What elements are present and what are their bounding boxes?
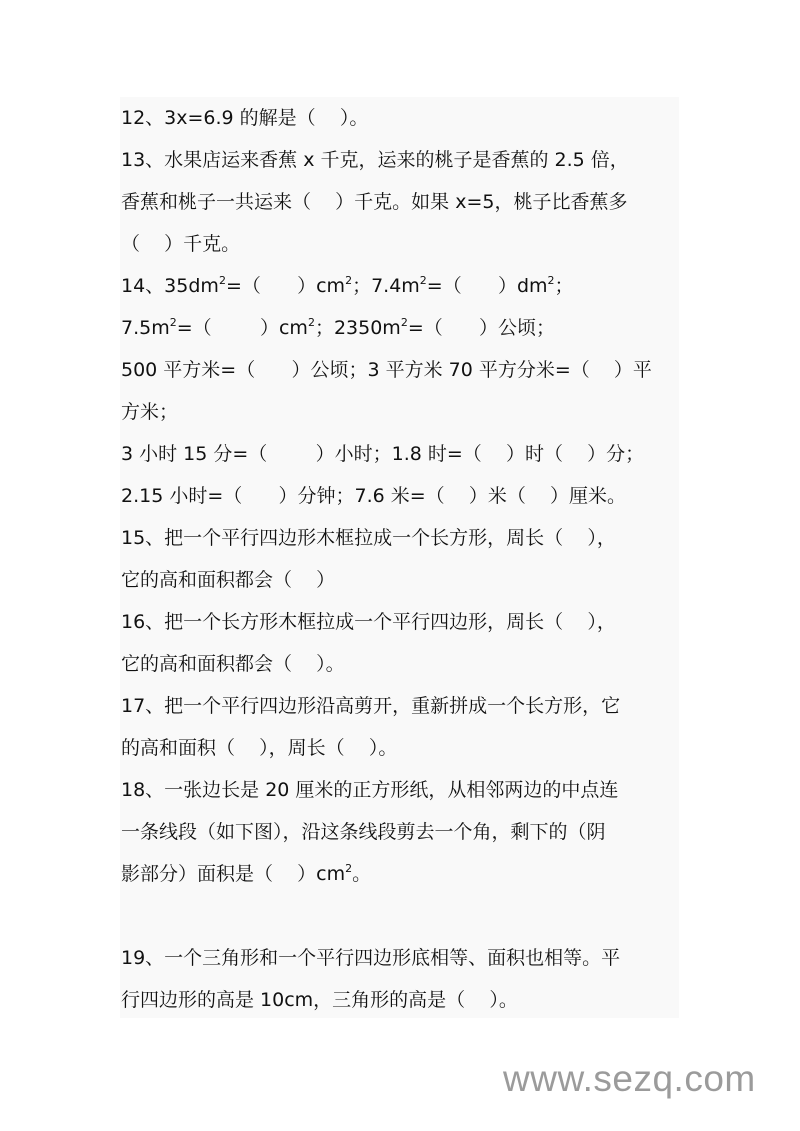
question-12-line-1: 12、3x=6.9 的解是（ ）。 [121, 97, 368, 139]
superscript: 2 [548, 274, 555, 287]
question-18-line-2: 一条线段（如下图），沿这条线段剪去一个角，剩下的（阴 [121, 811, 606, 853]
text-segment: ；2350m [315, 317, 401, 339]
question-13-line-3: （ ）千克。 [121, 223, 240, 265]
text-segment: 7.5m [121, 317, 170, 339]
superscript: 2 [345, 274, 352, 287]
text-segment: =（ ）cm [177, 317, 308, 339]
question-17-line-1: 17、把一个平行四边形沿高剪开，重新拼成一个长方形，它 [121, 685, 620, 727]
question-14-line-4: 方米； [121, 391, 178, 433]
question-14-line-3: 500 平方米=（ ）公顷；3 平方米 70 平方分米=（ ）平 [121, 349, 652, 391]
superscript: 2 [420, 274, 427, 287]
question-18-line-3: 影部分）面积是（ ）cm2。 [121, 853, 371, 895]
watermark-url: www.sezq.com [503, 1058, 756, 1100]
question-14-line-2: 7.5m2=（ ）cm2；2350m2=（ ）公顷； [121, 307, 555, 349]
text-segment: 14、35dm [121, 275, 219, 297]
question-14-line-5: 3 小时 15 分=（ ）小时；1.8 时=（ ）时（ ）分； [121, 433, 644, 475]
superscript: 2 [170, 316, 177, 329]
question-19-line-1: 19、一个三角形和一个平行四边形底相等、面积也相等。平 [121, 937, 620, 979]
question-15-line-1: 15、把一个平行四边形木框拉成一个长方形，周长（ ）， [121, 517, 616, 559]
question-14-line-6: 2.15 小时=（ ）分钟；7.6 米=（ ）米（ ）厘米。 [121, 475, 626, 517]
question-13-line-1: 13、水果店运来香蕉 x 千克，运来的桃子是香蕉的 2.5 倍， [121, 139, 629, 181]
text-segment: =（ ）公顷； [408, 317, 555, 339]
question-13-line-2: 香蕉和桃子一共运来（ ）千克。如果 x=5，桃子比香蕉多 [121, 181, 627, 223]
superscript: 2 [345, 862, 352, 875]
superscript: 2 [219, 274, 226, 287]
text-segment: =（ ）cm [226, 275, 345, 297]
question-14-line-1: 14、35dm2=（ ）cm2；7.4m2=（ ）dm2； [121, 265, 574, 307]
question-18-line-1: 18、一张边长是 20 厘米的正方形纸，从相邻两边的中点连 [121, 769, 618, 811]
text-segment: 影部分）面积是（ ）cm [121, 863, 345, 885]
superscript: 2 [401, 316, 408, 329]
text-segment: 。 [352, 863, 371, 885]
text-segment: =（ ）dm [427, 275, 548, 297]
superscript: 2 [308, 316, 315, 329]
text-segment: ； [555, 275, 574, 297]
question-17-line-2: 的高和面积（ ），周长（ ）。 [121, 727, 397, 769]
question-15-line-2: 它的高和面积都会（ ） [121, 559, 335, 601]
question-16-line-1: 16、把一个长方形木框拉成一个平行四边形，周长（ ）， [121, 601, 616, 643]
text-segment: ；7.4m [352, 275, 420, 297]
question-19-line-2: 行四边形的高是 10cm，三角形的高是（ ）。 [121, 979, 518, 1021]
question-16-line-2: 它的高和面积都会（ ）。 [121, 643, 345, 685]
